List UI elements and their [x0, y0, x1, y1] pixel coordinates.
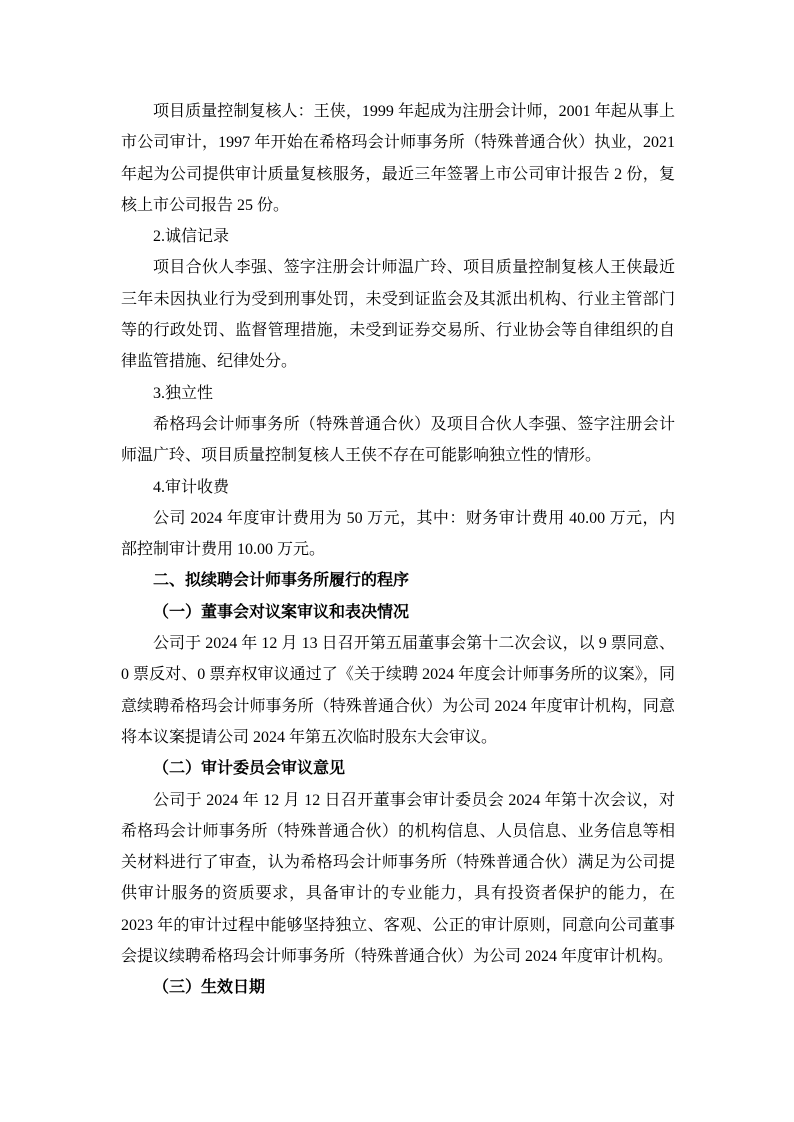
- body-paragraph: 项目质量控制复核人：王侠，1999 年起成为注册会计师，2001 年起从事上市公…: [121, 96, 675, 221]
- section-heading: 二、拟续聘会计师事务所履行的程序: [121, 565, 675, 596]
- section-heading: （二）审计委员会审议意见: [121, 753, 675, 784]
- body-paragraph: 公司于 2024 年 12 月 13 日召开第五届董事会第十二次会议，以 9 票…: [121, 628, 675, 753]
- body-paragraph: 3.独立性: [121, 378, 675, 409]
- section-heading: （一）董事会对议案审议和表决情况: [121, 597, 675, 628]
- body-paragraph: 希格玛会计师事务所（特殊普通合伙）及项目合伙人李强、签字注册会计师温广玲、项目质…: [121, 409, 675, 472]
- section-heading: （三）生效日期: [121, 972, 675, 1003]
- body-paragraph: 公司 2024 年度审计费用为 50 万元，其中：财务审计费用 40.00 万元…: [121, 503, 675, 566]
- body-paragraph: 4.审计收费: [121, 472, 675, 503]
- document-page: 项目质量控制复核人：王侠，1999 年起成为注册会计师，2001 年起从事上市公…: [0, 0, 794, 1122]
- document-content: 项目质量控制复核人：王侠，1999 年起成为注册会计师，2001 年起从事上市公…: [121, 96, 675, 1004]
- body-paragraph: 2.诚信记录: [121, 221, 675, 252]
- body-paragraph: 项目合伙人李强、签字注册会计师温广玲、项目质量控制复核人王侠最近三年未因执业行为…: [121, 252, 675, 377]
- body-paragraph: 公司于 2024 年 12 月 12 日召开董事会审计委员会 2024 年第十次…: [121, 785, 675, 973]
